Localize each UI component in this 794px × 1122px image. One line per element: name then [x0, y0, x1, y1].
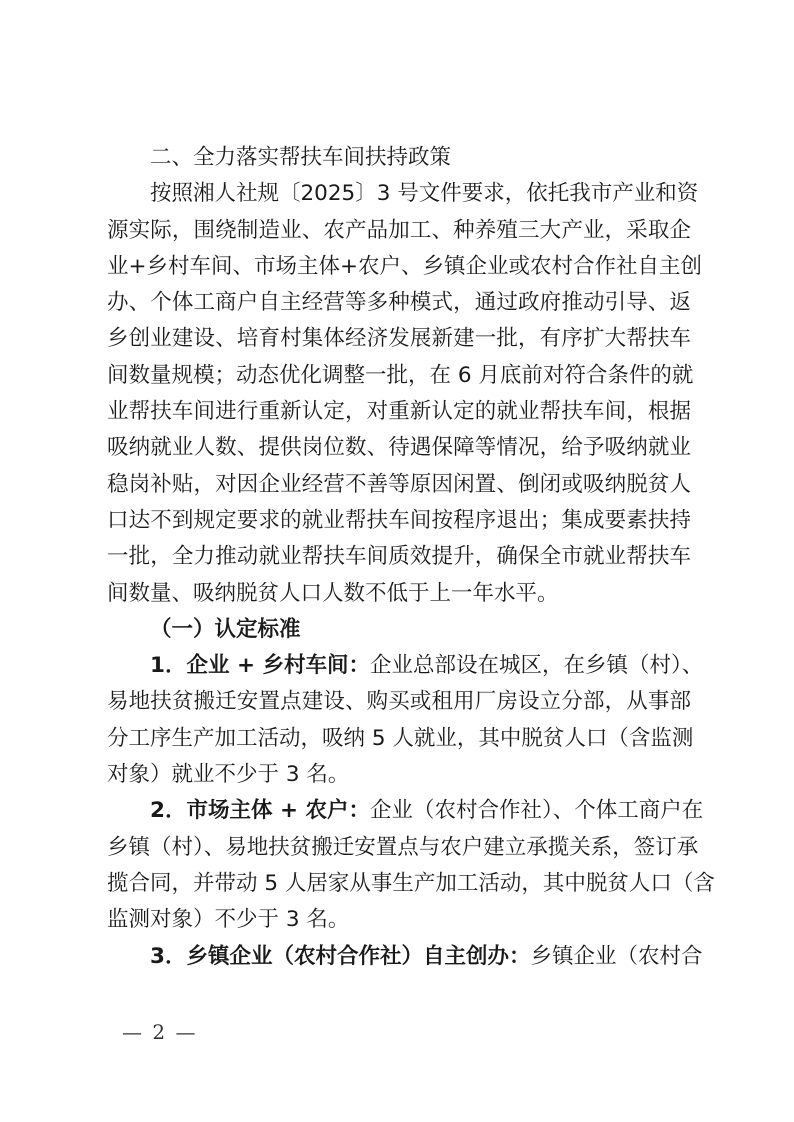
document-page: 二、全力落实帮扶车间扶持政策 按照湘人社规〔2025〕3 号文件要求，依托我市产… — [107, 140, 691, 975]
paragraph-line: 一批，全力推动就业帮扶车间质效提升，确保全市就业帮扶车 — [107, 539, 691, 575]
paragraph-line: 易地扶贫搬迁安置点建设、购买或租用厂房设立分部，从事部 — [107, 684, 691, 720]
item-2-label: 2．市场主体 + 农户： — [150, 798, 370, 823]
paragraph-line: 分工序生产加工活动，吸纳 5 人就业，其中脱贫人口（含监测 — [107, 721, 691, 757]
item-2-text: 企业（农村合作社）、个体工商户在 — [370, 798, 703, 823]
paragraph-line: 间数量规模；动态优化调整一批，在 6 月底前对符合条件的就 — [107, 358, 691, 394]
item-3-first-line: 3．乡镇企业（农村合作社）自主创办：乡镇企业（农村合 — [107, 939, 691, 975]
item-1-first-line: 1．企业 + 乡村车间：企业总部设在城区，在乡镇（村）、 — [107, 648, 691, 684]
paragraph-line: 口达不到规定要求的就业帮扶车间按程序退出；集成要素扶持 — [107, 503, 691, 539]
item-2-first-line: 2．市场主体 + 农户：企业（农村合作社）、个体工商户在 — [107, 793, 691, 829]
paragraph-line: 对象）就业不少于 3 名。 — [107, 757, 691, 793]
paragraph-line: 按照湘人社规〔2025〕3 号文件要求，依托我市产业和资 — [107, 176, 691, 212]
item-3-text: 乡镇企业（农村合 — [530, 944, 702, 969]
paragraph-line: 稳岗补贴，对因企业经营不善等原因闲置、倒闭或吸纳脱贫人 — [107, 467, 691, 503]
item-3-label: 3．乡镇企业（农村合作社）自主创办： — [150, 944, 530, 969]
page-number: — 2 — — [122, 1020, 197, 1044]
item-1-label: 1．企业 + 乡村车间： — [150, 653, 370, 678]
paragraph-line: 乡镇（村）、易地扶贫搬迁安置点与农户建立承揽关系，签订承 — [107, 830, 691, 866]
paragraph-line: 揽合同，并带动 5 人居家从事生产加工活动，其中脱贫人口（含 — [107, 866, 691, 902]
paragraph-line: 办、个体工商户自主经营等多种模式，通过政府推动引导、返 — [107, 285, 691, 321]
paragraph-line: 间数量、吸纳脱贫人口人数不低于上一年水平。 — [107, 576, 691, 612]
paragraph-line: 源实际，围绕制造业、农产品加工、种养殖三大产业，采取企 — [107, 213, 691, 249]
paragraph-line: 业帮扶车间进行重新认定，对重新认定的就业帮扶车间，根据 — [107, 394, 691, 430]
item-1-text: 企业总部设在城区，在乡镇（村）、 — [370, 653, 703, 678]
paragraph-line: 监测对象）不少于 3 名。 — [107, 902, 691, 938]
subsection-heading: （一）认定标准 — [107, 612, 691, 648]
paragraph-line: 吸纳就业人数、提供岗位数、待遇保障等情况，给予吸纳就业 — [107, 430, 691, 466]
paragraph-line: 乡创业建设、培育村集体经济发展新建一批，有序扩大帮扶车 — [107, 321, 691, 357]
section-heading: 二、全力落实帮扶车间扶持政策 — [107, 140, 691, 176]
paragraph-line: 业+乡村车间、市场主体+农户、乡镇企业或农村合作社自主创 — [107, 249, 691, 285]
